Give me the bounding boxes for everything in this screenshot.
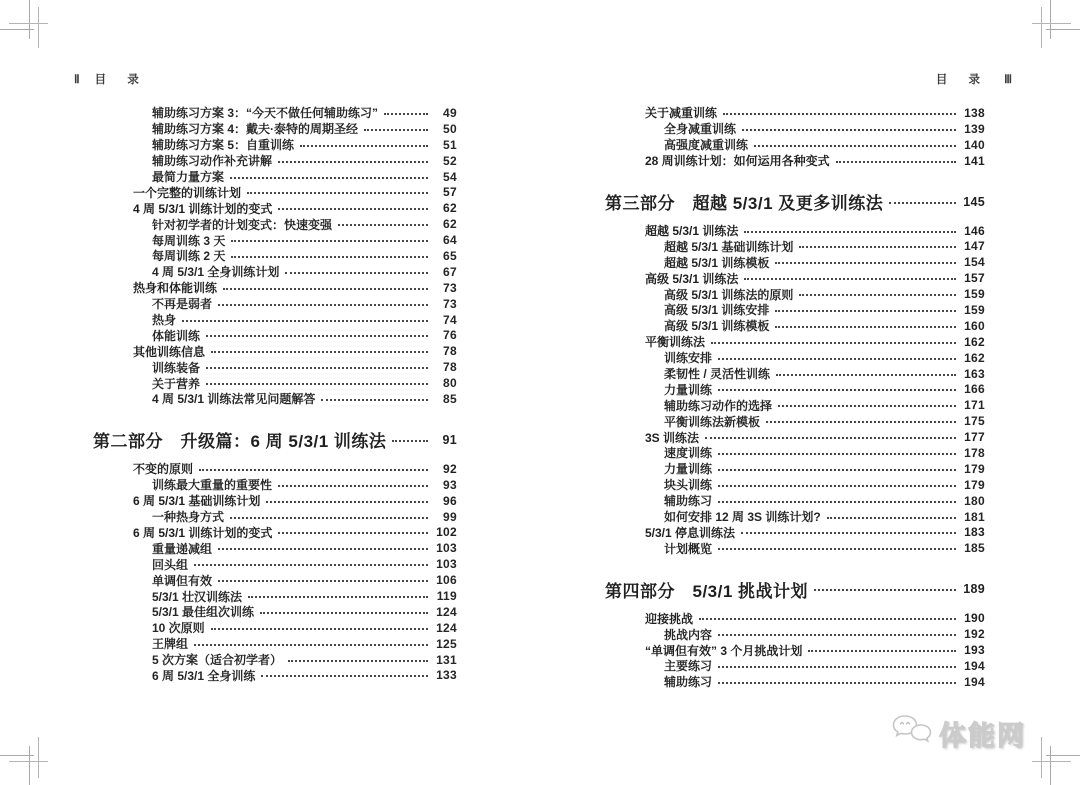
watermark-text: 体能网: [939, 714, 1026, 753]
toc-entry: 6 周 5/3/1 全身训练133: [93, 668, 457, 684]
toc-entry-page: 189: [961, 582, 985, 596]
toc-entry-page: 93: [433, 478, 457, 492]
toc-entry-title: 6 周 5/3/1 训练计划的变式: [93, 524, 272, 541]
toc-entry: 辅助练习动作的选择171: [605, 397, 985, 413]
toc-entry: 辅助练习194: [605, 674, 985, 690]
corner-mark-top-right: [1032, 0, 1080, 48]
toc-entry-title: 高级 5/3/1 训练模板: [605, 317, 769, 334]
toc-section-heading: 第四部分 5/3/1 挑战计划189: [605, 578, 985, 600]
toc-entry-page: 74: [433, 313, 457, 327]
left-page-folio: Ⅱ: [74, 72, 80, 86]
toc-entry-title: 挑战内容: [605, 626, 712, 643]
toc-entry-title: 其他训练信息: [93, 343, 205, 360]
toc-entry-page: 185: [961, 541, 985, 555]
toc-entry: 主要练习194: [605, 658, 985, 674]
toc-entry-title: 回头组: [93, 556, 188, 573]
dot-leader: [723, 113, 956, 115]
dot-leader: [278, 161, 428, 163]
toc-entry-title: 4 周 5/3/1 训练法常见问题解答: [93, 390, 315, 407]
toc-entry: 辅助练习方案 5：自重训练51: [93, 137, 457, 153]
dot-leader: [808, 650, 956, 652]
toc-entry-title: 力量训练: [605, 381, 712, 398]
toc-entry-title: 计划概览: [605, 540, 712, 557]
toc-entry: 力量训练179: [605, 461, 985, 477]
toc-entry-page: 91: [433, 433, 457, 447]
toc-entry: 全身减重训练139: [605, 121, 985, 137]
dot-leader: [766, 421, 956, 423]
toc-entry-title: 重量递减组: [93, 540, 212, 557]
toc-entry-title: 超越 5/3/1 训练模板: [605, 254, 769, 271]
toc-entry: 每周训练 3 天64: [93, 232, 457, 248]
toc-entry: 最简力量方案54: [93, 169, 457, 185]
toc-entry-page: 52: [433, 154, 457, 168]
dot-leader: [218, 548, 428, 550]
toc-entry-title: 力量训练: [605, 460, 712, 477]
dot-leader: [718, 453, 956, 455]
toc-entry-title: 体能训练: [93, 327, 200, 344]
dot-leader: [814, 589, 956, 591]
toc-entry-page: 147: [961, 239, 985, 253]
toc-entry-page: 96: [433, 494, 457, 508]
toc-entry: 一种热身方式99: [93, 509, 457, 525]
toc-entry-title: 不再是弱者: [93, 295, 212, 312]
toc-entry-title: 每周训练 2 天: [93, 247, 225, 264]
dot-leader: [705, 437, 956, 439]
dot-leader: [247, 192, 428, 194]
toc-entry: 挑战内容192: [605, 626, 985, 642]
toc-entry: 每周训练 2 天65: [93, 248, 457, 264]
toc-entry-page: 138: [961, 106, 985, 120]
toc-entry-title: 5/3/1 停息训练法: [605, 524, 735, 541]
toc-entry-title: 主要练习: [605, 657, 712, 674]
toc-entry-page: 65: [433, 249, 457, 263]
dot-leader: [230, 517, 428, 519]
toc-entry: 辅助练习方案 3：“今天不做任何辅助练习”49: [93, 105, 457, 121]
dot-leader: [889, 202, 956, 204]
toc-entry-page: 171: [961, 398, 985, 412]
toc-entry-page: 50: [433, 122, 457, 136]
dot-leader: [218, 580, 428, 582]
toc-entry-page: 92: [433, 462, 457, 476]
toc-entry: 针对初学者的计划变式：快速变强62: [93, 216, 457, 232]
toc-entry-page: 64: [433, 233, 457, 247]
toc-entry: 高级 5/3/1 训练法的原则159: [605, 286, 985, 302]
toc-entry-page: 76: [433, 328, 457, 342]
toc-entry: 超越 5/3/1 训练模板154: [605, 254, 985, 270]
toc-entry-title: 辅助练习: [605, 492, 712, 509]
toc-entry-page: 78: [433, 360, 457, 374]
corner-mark-bottom-right: [1032, 737, 1080, 785]
toc-entry-page: 194: [961, 659, 985, 673]
toc-entry: 4 周 5/3/1 训练计划的变式62: [93, 200, 457, 216]
dot-leader: [718, 358, 956, 360]
toc-entry: 6 周 5/3/1 基础训练计划96: [93, 493, 457, 509]
toc-entry: 单调但有效106: [93, 572, 457, 588]
dot-leader: [384, 113, 428, 115]
dot-leader: [776, 374, 956, 376]
toc-entry-page: 106: [433, 573, 457, 587]
toc-entry-page: 73: [433, 297, 457, 311]
toc-entry: 训练安排162: [605, 350, 985, 366]
toc-entry-title: 针对初学者的计划变式：快速变强: [93, 216, 332, 233]
toc-entry-title: 6 周 5/3/1 基础训练计划: [93, 492, 260, 509]
toc-entry-title: 辅助练习动作补充讲解: [93, 152, 272, 169]
toc-entry-page: 193: [961, 643, 985, 657]
dot-leader: [718, 682, 956, 684]
toc-section-heading: 第三部分 超越 5/3/1 及更多训练法145: [605, 191, 985, 213]
dot-leader: [266, 501, 428, 503]
toc-entry: 辅助练习动作补充讲解52: [93, 153, 457, 169]
toc-entry-title: 王牌组: [93, 635, 188, 652]
toc-entry-title: 辅助练习方案 4：戴夫·泰特的周期圣经: [93, 120, 358, 137]
dot-leader: [744, 278, 956, 280]
dot-leader: [744, 231, 956, 233]
toc-entry-title: 一个完整的训练计划: [93, 184, 241, 201]
toc-entry-title: 每周训练 3 天: [93, 232, 225, 249]
dot-leader: [278, 532, 428, 534]
dot-leader: [364, 129, 428, 131]
dot-leader: [718, 389, 956, 391]
toc-entry-title: 训练安排: [605, 349, 712, 366]
toc-entry: 一个完整的训练计划57: [93, 184, 457, 200]
toc-entry-page: 125: [433, 637, 457, 651]
toc-entry-title: 平衡训练法新模板: [605, 413, 760, 430]
dot-leader: [718, 548, 956, 550]
dot-leader: [218, 304, 428, 306]
toc-entry-title: 超越 5/3/1 训练法: [605, 222, 738, 239]
toc-entry: 体能训练76: [93, 327, 457, 343]
dot-leader: [285, 272, 428, 274]
right-page-header-title: 目 录: [936, 71, 989, 87]
dot-leader: [199, 469, 428, 471]
toc-entry-title: 热身和体能训练: [93, 279, 217, 296]
toc-entry-title: 超越 5/3/1 基础训练计划: [605, 238, 793, 255]
toc-entry: 柔韧性 / 灵活性训练163: [605, 366, 985, 382]
dot-leader: [231, 256, 428, 258]
toc-entry-page: 103: [433, 557, 457, 571]
toc-entry: 其他训练信息78: [93, 343, 457, 359]
dot-leader: [718, 634, 956, 636]
toc-entry-page: 178: [961, 446, 985, 460]
toc-entry-page: 154: [961, 255, 985, 269]
dot-leader: [231, 240, 428, 242]
toc-entry-title: 5/3/1 最佳组次训练: [93, 603, 254, 620]
dot-leader: [248, 596, 428, 598]
toc-entry: 回头组103: [93, 556, 457, 572]
toc-entry: 关于减重训练138: [605, 105, 985, 121]
toc-entry-page: 131: [433, 653, 457, 667]
left-page-header: Ⅱ 目 录: [74, 71, 148, 87]
toc-entry-page: 180: [961, 494, 985, 508]
dot-leader: [206, 335, 428, 337]
dot-leader: [260, 612, 428, 614]
toc-entry: 4 周 5/3/1 全身训练计划67: [93, 264, 457, 280]
dot-leader: [211, 351, 428, 353]
toc-entry-title: 热身: [93, 311, 176, 328]
toc-entry-page: 49: [433, 106, 457, 120]
toc-entry: 力量训练166: [605, 381, 985, 397]
toc-column-right: 关于减重训练138全身减重训练139高强度减重训练14028 周训练计划：如何运…: [605, 105, 985, 690]
toc-entry: 训练最大重量的重要性93: [93, 477, 457, 493]
toc-entry-page: 160: [961, 319, 985, 333]
toc-entry-page: 175: [961, 414, 985, 428]
toc-entry-title: 辅助练习方案 5：自重训练: [93, 136, 294, 153]
toc-entry-title: 训练装备: [93, 359, 200, 376]
toc-entry: 如何安排 12 周 3S 训练计划?181: [605, 509, 985, 525]
toc-entry-page: 192: [961, 627, 985, 641]
toc-entry: “单调但有效” 3 个月挑战计划193: [605, 642, 985, 658]
toc-entry-page: 62: [433, 217, 457, 231]
toc-entry: 高级 5/3/1 训练模板160: [605, 318, 985, 334]
toc-entry: 超越 5/3/1 训练法146: [605, 223, 985, 239]
toc-entry-page: 190: [961, 611, 985, 625]
toc-entry-title: 单调但有效: [93, 572, 212, 589]
toc-entry-title: 一种热身方式: [93, 508, 224, 525]
toc-entry-page: 179: [961, 478, 985, 492]
toc-entry: 辅助练习方案 4：戴夫·泰特的周期圣经50: [93, 121, 457, 137]
toc-entry: 王牌组125: [93, 636, 457, 652]
toc-entry: 不变的原则92: [93, 461, 457, 477]
toc-entry-page: 194: [961, 675, 985, 689]
watermark: 体能网: [891, 713, 1026, 754]
toc-entry-page: 146: [961, 224, 985, 238]
toc-entry-page: 140: [961, 138, 985, 152]
toc-entry: 3S 训练法177: [605, 429, 985, 445]
dot-leader: [827, 517, 956, 519]
toc-entry-title: 6 周 5/3/1 全身训练: [93, 667, 255, 684]
toc-entry-title: 高级 5/3/1 训练法的原则: [605, 286, 793, 303]
toc-entry-page: 133: [433, 668, 457, 682]
dot-leader: [775, 310, 956, 312]
toc-entry-title: 训练最大重量的重要性: [93, 476, 272, 493]
toc-entry-title: 高级 5/3/1 训练法: [605, 270, 738, 287]
toc-entry-page: 162: [961, 335, 985, 349]
toc-entry-page: 162: [961, 351, 985, 365]
toc-entry-title: 高级 5/3/1 训练安排: [605, 301, 769, 318]
toc-entry-title: “单调但有效” 3 个月挑战计划: [605, 642, 802, 659]
toc-entry-page: 57: [433, 185, 457, 199]
toc-entry-page: 159: [961, 287, 985, 301]
toc-entry-title: 第二部分 升级篇：6 周 5/3/1 训练法: [93, 427, 386, 452]
toc-entry: 重量递减组103: [93, 540, 457, 556]
toc-entry-title: 辅助练习方案 3：“今天不做任何辅助练习”: [93, 104, 378, 121]
toc-entry-title: 辅助练习: [605, 673, 712, 690]
toc-entry-page: 124: [433, 605, 457, 619]
corner-mark-top-left: [0, 0, 48, 48]
toc-entry-title: 10 次原则: [93, 619, 205, 636]
dot-leader: [711, 342, 956, 344]
toc-entry: 迎接挑战190: [605, 610, 985, 626]
toc-entry: 训练装备78: [93, 359, 457, 375]
toc-entry: 高级 5/3/1 训练安排159: [605, 302, 985, 318]
toc-entry-page: 54: [433, 170, 457, 184]
dot-leader: [278, 208, 428, 210]
toc-entry-title: 不变的原则: [93, 460, 193, 477]
corner-mark-bottom-left: [0, 737, 48, 785]
toc-entry-title: 柔韧性 / 灵活性训练: [605, 365, 770, 382]
dot-leader: [799, 294, 956, 296]
toc-entry-title: 5/3/1 壮汉训练法: [93, 588, 242, 605]
dot-leader: [742, 129, 956, 131]
dot-leader: [392, 440, 428, 442]
dot-leader: [194, 564, 428, 566]
toc-entry-page: 141: [961, 154, 985, 168]
toc-entry-title: 第三部分 超越 5/3/1 及更多训练法: [605, 189, 883, 214]
dot-leader: [278, 485, 428, 487]
dot-leader: [338, 224, 428, 226]
toc-entry-page: 177: [961, 430, 985, 444]
toc-section-heading: 第二部分 升级篇：6 周 5/3/1 训练法91: [93, 429, 457, 451]
toc-entry: 4 周 5/3/1 训练法常见问题解答85: [93, 391, 457, 407]
book-spread: Ⅱ 目 录 目 录 Ⅲ 辅助练习方案 3：“今天不做任何辅助练习”49辅助练习方…: [0, 0, 1080, 785]
toc-entry-title: 迎接挑战: [605, 610, 693, 627]
dot-leader: [699, 618, 956, 620]
toc-entry-title: 全身减重训练: [605, 120, 736, 137]
toc-entry-page: 119: [433, 589, 457, 603]
toc-entry-title: 第四部分 5/3/1 挑战计划: [605, 577, 808, 602]
toc-entry: 10 次原则124: [93, 620, 457, 636]
toc-entry-page: 103: [433, 541, 457, 555]
toc-column-left: 辅助练习方案 3：“今天不做任何辅助练习”49辅助练习方案 4：戴夫·泰特的周期…: [93, 105, 457, 683]
dot-leader: [778, 405, 956, 407]
dot-leader: [288, 660, 428, 662]
toc-entry-title: 块头训练: [605, 476, 712, 493]
toc-entry-page: 73: [433, 281, 457, 295]
toc-entry: 热身74: [93, 312, 457, 328]
toc-entry-page: 67: [433, 265, 457, 279]
toc-entry: 5/3/1 停息训练法183: [605, 524, 985, 540]
dot-leader: [799, 246, 956, 248]
toc-entry-page: 62: [433, 201, 457, 215]
toc-entry: 不再是弱者73: [93, 296, 457, 312]
dot-leader: [230, 177, 428, 179]
toc-entry: 5/3/1 最佳组次训练124: [93, 604, 457, 620]
toc-entry-page: 51: [433, 138, 457, 152]
toc-entry: 热身和体能训练73: [93, 280, 457, 296]
dot-leader: [182, 320, 428, 322]
toc-entry-title: 辅助练习动作的选择: [605, 397, 772, 414]
toc-entry-title: 4 周 5/3/1 全身训练计划: [93, 263, 279, 280]
toc-entry: 6 周 5/3/1 训练计划的变式102: [93, 524, 457, 540]
toc-entry: 平衡训练法新模板175: [605, 413, 985, 429]
toc-entry-title: 高强度减重训练: [605, 136, 748, 153]
toc-entry-title: 最简力量方案: [93, 168, 224, 185]
toc-entry: 块头训练179: [605, 477, 985, 493]
dot-leader: [836, 161, 956, 163]
dot-leader: [223, 288, 428, 290]
toc-entry-page: 163: [961, 367, 985, 381]
toc-entry: 5/3/1 壮汉训练法119: [93, 588, 457, 604]
dot-leader: [211, 628, 428, 630]
dot-leader: [300, 145, 428, 147]
chat-bubbles-icon: [891, 713, 933, 754]
toc-entry: 关于营养80: [93, 375, 457, 391]
dot-leader: [741, 532, 956, 534]
toc-entry-title: 速度训练: [605, 444, 712, 461]
toc-entry: 5 次方案（适合初学者）131: [93, 652, 457, 668]
toc-entry-page: 102: [433, 525, 457, 539]
dot-leader: [775, 262, 956, 264]
toc-entry: 平衡训练法162: [605, 334, 985, 350]
left-page-header-title: 目 录: [95, 71, 148, 87]
dot-leader: [321, 399, 428, 401]
toc-entry-page: 85: [433, 392, 457, 406]
toc-entry-title: 3S 训练法: [605, 429, 699, 446]
dot-leader: [718, 666, 956, 668]
toc-entry-page: 99: [433, 510, 457, 524]
toc-entry-page: 179: [961, 462, 985, 476]
dot-leader: [754, 145, 956, 147]
dot-leader: [206, 367, 428, 369]
toc-entry-page: 166: [961, 382, 985, 396]
toc-entry-page: 124: [433, 621, 457, 635]
toc-entry-page: 159: [961, 303, 985, 317]
right-page-header: 目 录 Ⅲ: [936, 71, 1012, 87]
toc-entry-title: 如何安排 12 周 3S 训练计划?: [605, 508, 821, 525]
dot-leader: [718, 485, 956, 487]
toc-entry-title: 关于减重训练: [605, 104, 717, 121]
toc-entry: 辅助练习180: [605, 493, 985, 509]
toc-entry-title: 4 周 5/3/1 训练计划的变式: [93, 200, 272, 217]
toc-entry: 超越 5/3/1 基础训练计划147: [605, 238, 985, 254]
toc-entry-page: 183: [961, 525, 985, 539]
toc-entry-page: 145: [961, 195, 985, 209]
toc-entry-title: 5 次方案（适合初学者）: [93, 651, 282, 668]
dot-leader: [261, 675, 428, 677]
dot-leader: [718, 469, 956, 471]
toc-entry-title: 28 周训练计划：如何运用各种变式: [605, 152, 830, 169]
toc-entry-title: 平衡训练法: [605, 333, 705, 350]
dot-leader: [194, 644, 428, 646]
toc-entry: 高强度减重训练140: [605, 137, 985, 153]
toc-entry: 计划概览185: [605, 540, 985, 556]
toc-entry-page: 139: [961, 122, 985, 136]
right-page-folio: Ⅲ: [1004, 72, 1012, 86]
toc-entry: 28 周训练计划：如何运用各种变式141: [605, 153, 985, 169]
toc-entry-page: 78: [433, 344, 457, 358]
dot-leader: [206, 383, 428, 385]
toc-entry-title: 关于营养: [93, 375, 200, 392]
toc-entry-page: 80: [433, 376, 457, 390]
toc-entry: 高级 5/3/1 训练法157: [605, 270, 985, 286]
toc-entry-page: 181: [961, 510, 985, 524]
dot-leader: [718, 501, 956, 503]
toc-entry: 速度训练178: [605, 445, 985, 461]
toc-entry-page: 157: [961, 271, 985, 285]
dot-leader: [775, 326, 956, 328]
